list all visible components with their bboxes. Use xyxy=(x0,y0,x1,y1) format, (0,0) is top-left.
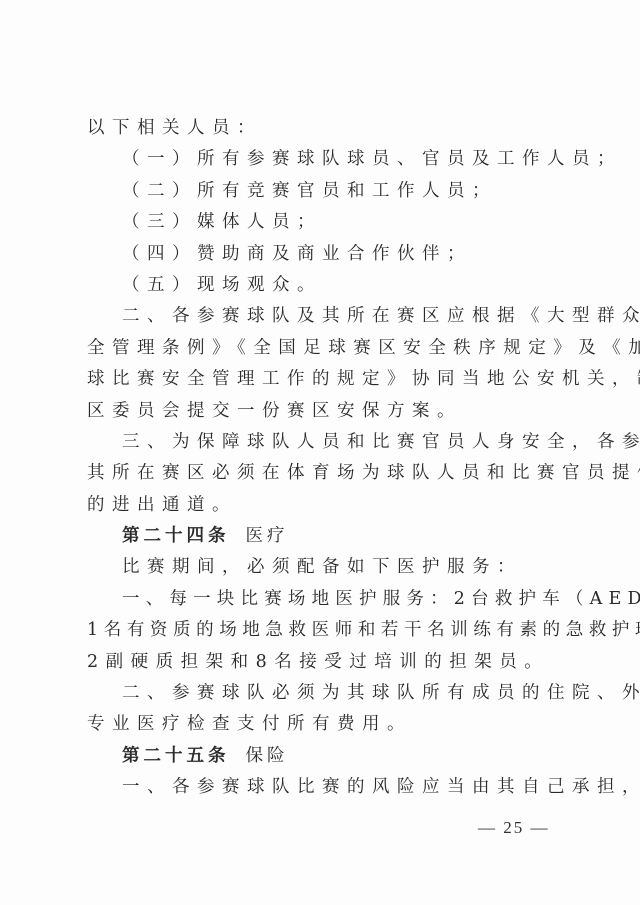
article-24-title: 医疗 xyxy=(246,526,289,546)
article-24-line: 2副硬质担架和8名接受过培训的担架员。 xyxy=(87,647,555,678)
list-item-1: （一）所有参赛球队球员、官员及工作人员； xyxy=(87,144,555,175)
article-24-line: 一、每一块比赛场地医护服务：2台救护车（AED）、至少 xyxy=(87,584,555,615)
document-page: 以下相关人员： （一）所有参赛球队球员、官员及工作人员； （二）所有竞赛官员和工… xyxy=(0,0,640,905)
document-body: 以下相关人员： （一）所有参赛球队球员、官员及工作人员； （二）所有竞赛官员和工… xyxy=(87,113,555,804)
article-25-line: 一、各参赛球队比赛的风险应当由其自己承担，通过适当 xyxy=(87,772,555,803)
text-line: 以下相关人员： xyxy=(87,113,555,144)
paragraph-3-line: 的进出通道。 xyxy=(87,490,555,521)
article-24-line: 比赛期间，必须配备如下医护服务： xyxy=(87,552,555,583)
article-25-heading: 第二十五条保险 xyxy=(87,741,555,772)
article-24-heading: 第二十四条医疗 xyxy=(87,521,555,552)
paragraph-3-line: 三、为保障球队人员和比赛官员人身安全，各参赛球队及 xyxy=(87,427,555,458)
page-number: — 25 — xyxy=(478,818,550,838)
list-item-4: （四）赞助商及商业合作伙伴； xyxy=(87,239,555,270)
paragraph-2-line: 球比赛安全管理工作的规定》协同当地公安机关，制定并向赛 xyxy=(87,364,555,395)
article-25-title: 保险 xyxy=(246,746,289,766)
article-25-number: 第二十五条 xyxy=(122,746,230,766)
list-item-3: （三）媒体人员； xyxy=(87,207,555,238)
article-24-line: 1名有资质的场地急救医师和若干名训练有素的急救护理人员、 xyxy=(87,615,555,646)
list-item-5: （五）现场观众。 xyxy=(87,270,555,301)
paragraph-2-line: 区委员会提交一份赛区安保方案。 xyxy=(87,396,555,427)
article-24-line: 专业医疗检查支付所有费用。 xyxy=(87,709,555,740)
article-24-line: 二、参赛球队必须为其球队所有成员的住院、外科手术和 xyxy=(87,678,555,709)
paragraph-2-line: 全管理条例》《全国足球赛区安全秩序规定》及《加强全国足 xyxy=(87,333,555,364)
list-item-2: （二）所有竞赛官员和工作人员； xyxy=(87,176,555,207)
article-24-number: 第二十四条 xyxy=(122,526,230,546)
paragraph-2-line: 二、各参赛球队及其所在赛区应根据《大型群众性活动安 xyxy=(87,301,555,332)
paragraph-3-line: 其所在赛区必须在体育场为球队人员和比赛官员提供安全独立 xyxy=(87,458,555,489)
